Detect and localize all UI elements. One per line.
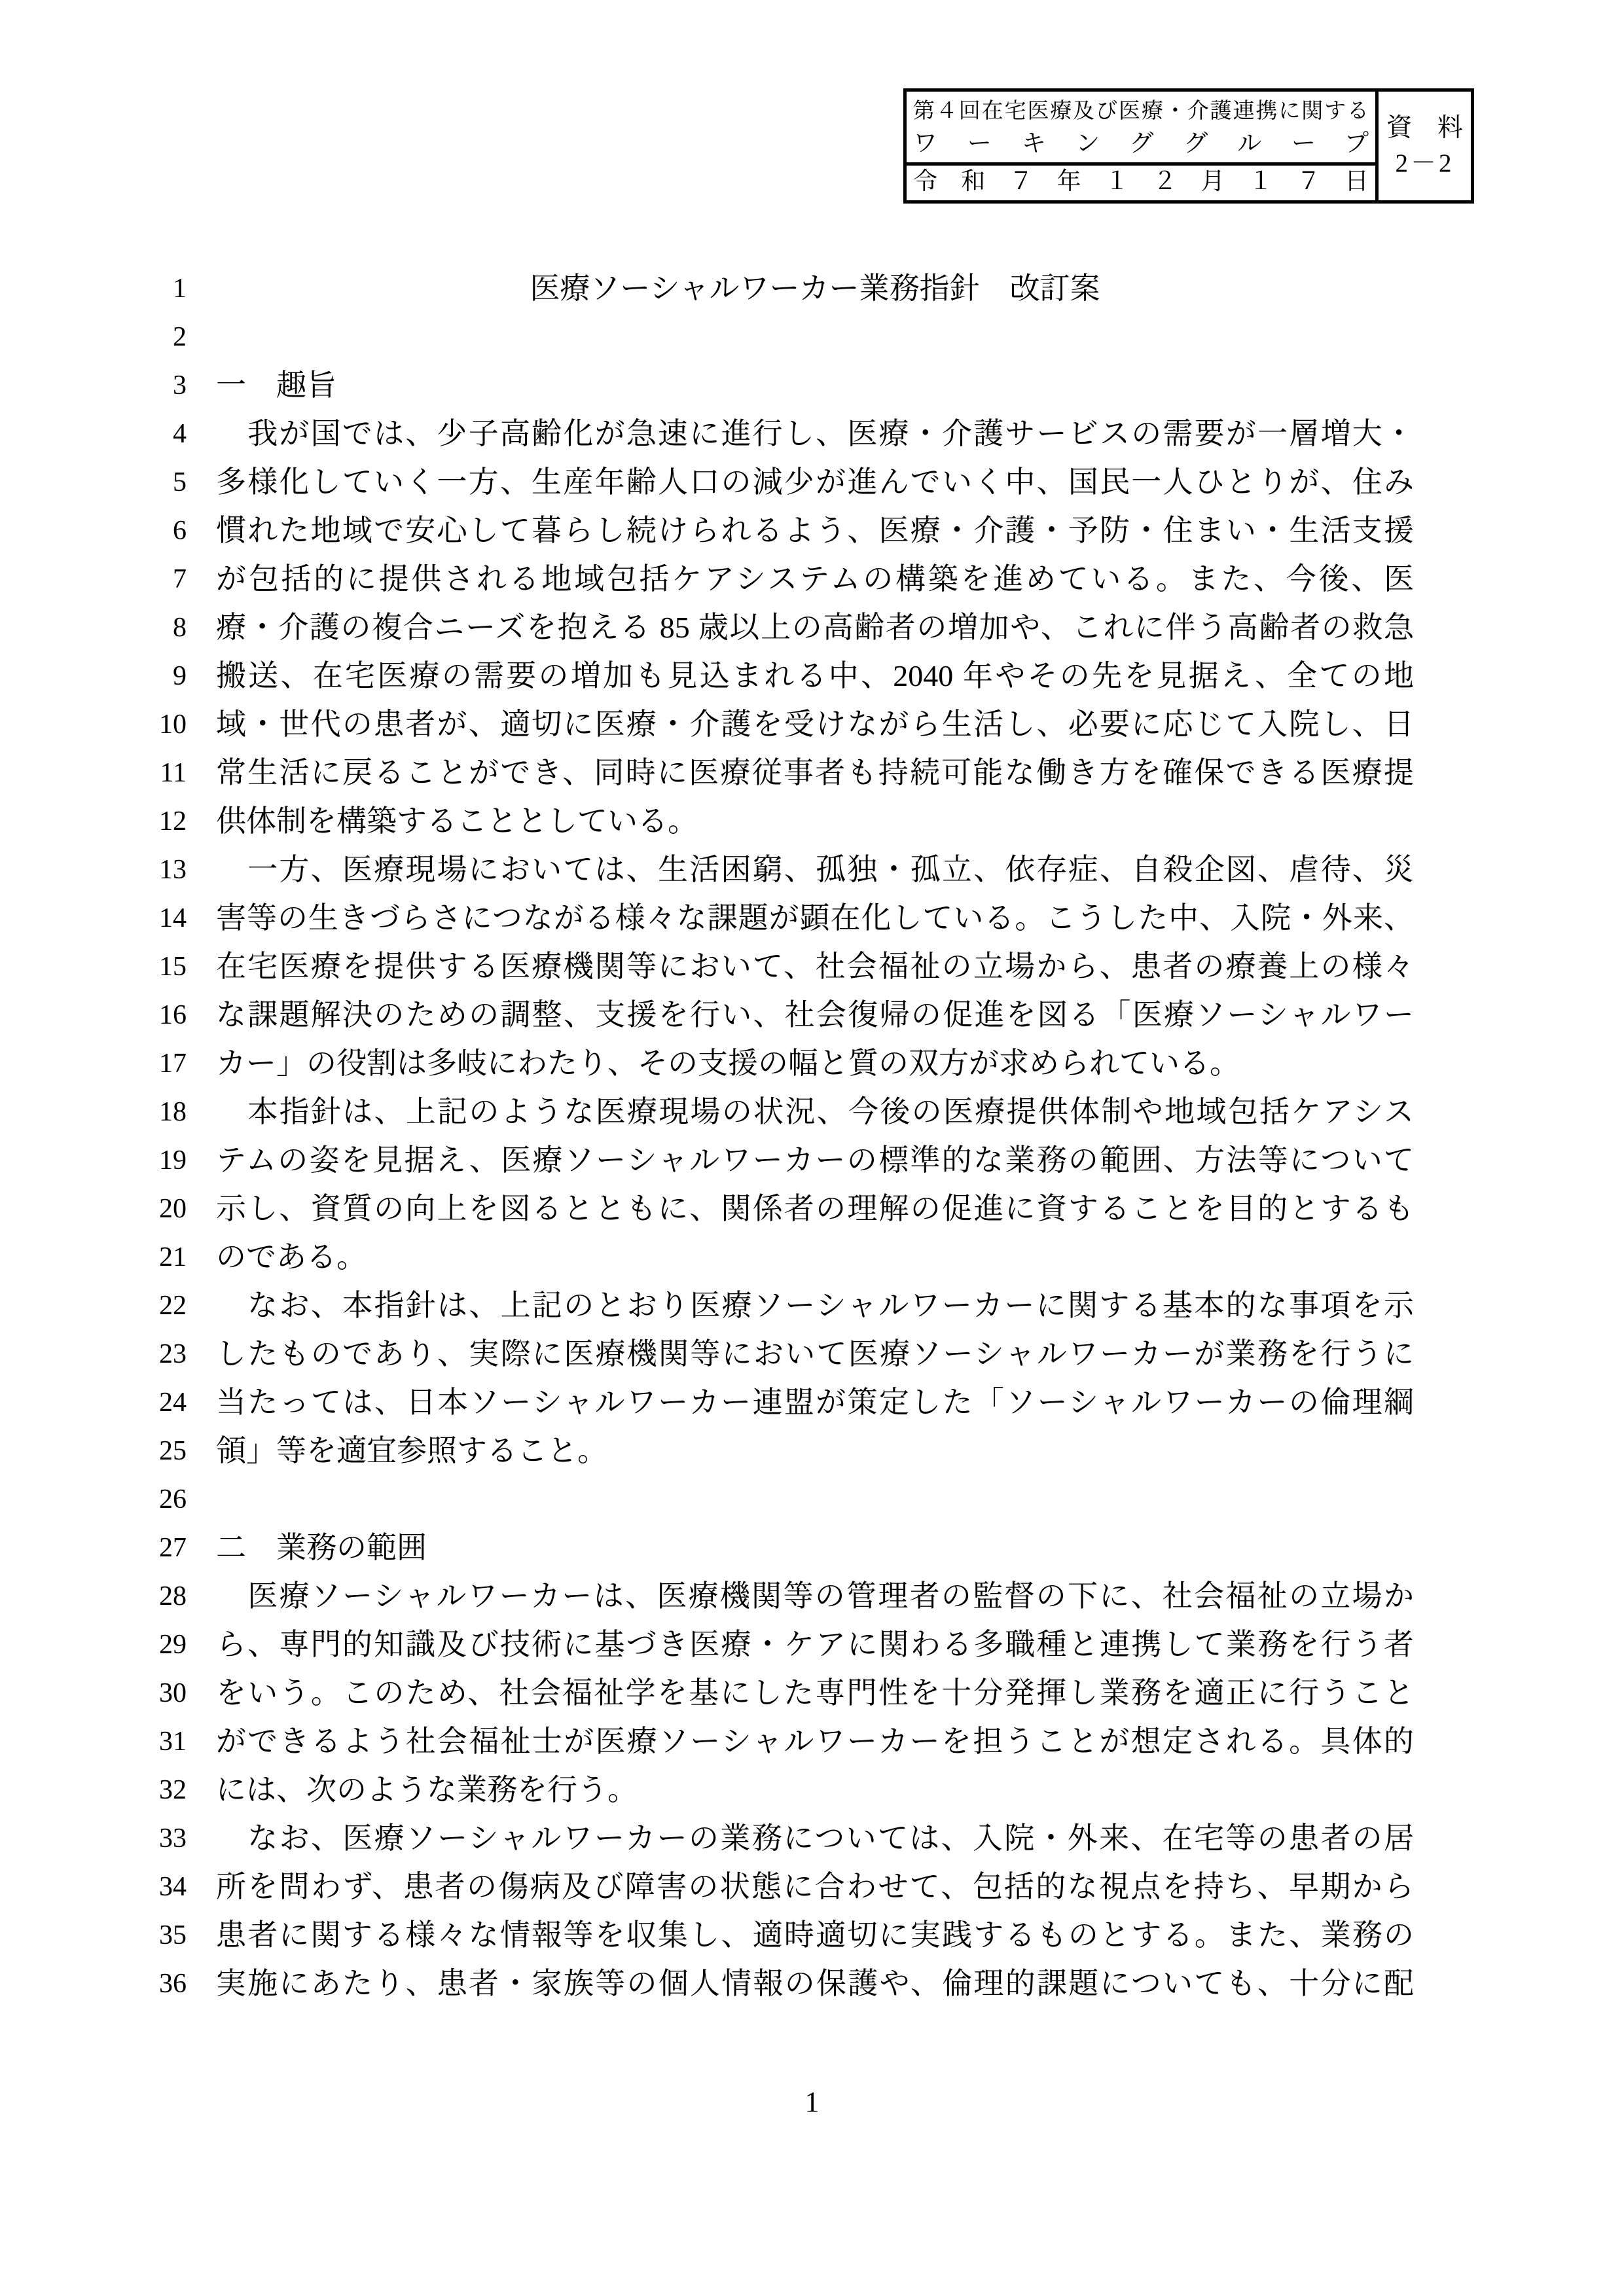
doc-line: 30をいう。このため、社会福祉学を基にした専門性を十分発揮し業務を適正に行うこと (0, 1669, 1624, 1717)
line-number: 16 (0, 991, 187, 1039)
line-text: 療・介護の複合ニーズを抱える 85 歳以上の高齢者の増加や、これに伴う高齢者の救… (216, 603, 1414, 652)
doc-line: 35患者に関する様々な情報等を収集し、適時適切に実践するものとする。また、業務の (0, 1911, 1624, 1960)
line-number: 2 (0, 313, 187, 361)
doc-line: 7が包括的に提供される地域包括ケアシステムの構築を進めている。また、今後、医 (0, 555, 1624, 603)
line-text: 在宅医療を提供する医療機関等において、社会福祉の立場から、患者の療養上の様々 (216, 942, 1414, 991)
line-number: 9 (0, 652, 187, 700)
line-text: したものであり、実際に医療機関等において医療ソーシャルワーカーが業務を行うに (216, 1330, 1414, 1378)
line-text: テムの姿を見据え、医療ソーシャルワーカーの標準的な業務の範囲、方法等について (216, 1136, 1414, 1185)
doc-line: 10域・世代の患者が、適切に医療・介護を受けながら生活し、必要に応じて入院し、日 (0, 700, 1624, 749)
line-text: 本指針は、上記のような医療現場の状況、今後の医療提供体制や地域包括ケアシス (216, 1088, 1414, 1136)
line-number: 10 (0, 700, 187, 749)
line-number: 33 (0, 1814, 187, 1863)
line-text: には、次のような業務を行う。 (216, 1766, 1414, 1814)
line-number: 4 (0, 410, 187, 458)
doc-line: 24当たっては、日本ソーシャルワーカー連盟が策定した「ソーシャルワーカーの倫理綱 (0, 1378, 1624, 1427)
document-title: 医療ソーシャルワーカー業務指針 改訂案 (216, 264, 1414, 313)
line-text: 慣れた地域で安心して暮らし続けられるよう、医療・介護・予防・住まい・生活支援 (216, 507, 1414, 555)
line-number: 29 (0, 1621, 187, 1669)
line-number: 20 (0, 1185, 187, 1233)
line-text: 当たっては、日本ソーシャルワーカー連盟が策定した「ソーシャルワーカーの倫理綱 (216, 1378, 1414, 1427)
line-number: 7 (0, 555, 187, 603)
line-number: 6 (0, 507, 187, 555)
line-text: 多様化していく一方、生産年齢人口の減少が進んでいく中、国民一人ひとりが、住み (216, 458, 1414, 507)
line-text: ら、専門的知識及び技術に基づき医療・ケアに関わる多職種と連携して業務を行う者 (216, 1621, 1414, 1669)
line-text: 示し、資質の向上を図るとともに、関係者の理解の促進に資することを目的とするも (216, 1185, 1414, 1233)
doc-line: 33 なお、医療ソーシャルワーカーの業務については、入院・外来、在宅等の患者の居 (0, 1814, 1624, 1863)
doc-line: 21のである。 (0, 1233, 1624, 1282)
line-number: 23 (0, 1330, 187, 1378)
page-number: 1 (0, 2083, 1624, 2122)
doc-line: 23したものであり、実際に医療機関等において医療ソーシャルワーカーが業務を行うに (0, 1330, 1624, 1378)
doc-line: 20示し、資質の向上を図るとともに、関係者の理解の促進に資することを目的とするも (0, 1185, 1624, 1233)
line-number: 32 (0, 1766, 187, 1814)
line-text: な課題解決のための調整、支援を行い、社会復帰の促進を図る「医療ソーシャルワー (216, 991, 1414, 1039)
doc-line: 27二 業務の範囲 (0, 1524, 1624, 1572)
line-number: 5 (0, 458, 187, 507)
line-number: 1 (0, 264, 187, 313)
meeting-title-cell: 第４回在宅医療及び医療・介護連携に関する ワーキンググループ (907, 92, 1375, 166)
doc-line: 36実施にあたり、患者・家族等の個人情報の保護や、倫理的課題についても、十分に配 (0, 1960, 1624, 2008)
doc-line: 5多様化していく一方、生産年齢人口の減少が進んでいく中、国民一人ひとりが、住み (0, 458, 1624, 507)
line-text (216, 313, 1414, 361)
shiryo-cell: 資 料 2－2 (1379, 92, 1471, 200)
doc-line: 15在宅医療を提供する医療機関等において、社会福祉の立場から、患者の療養上の様々 (0, 942, 1624, 991)
line-text: カー」の役割は多岐にわたり、その支援の幅と質の双方が求められている。 (216, 1039, 1414, 1088)
line-text (216, 1475, 1414, 1524)
meeting-title-line2: ワーキンググループ (913, 127, 1369, 161)
line-number: 27 (0, 1524, 187, 1572)
line-text: なお、医療ソーシャルワーカーの業務については、入院・外来、在宅等の患者の居 (216, 1814, 1414, 1863)
line-number: 30 (0, 1669, 187, 1717)
line-text: 患者に関する様々な情報等を収集し、適時適切に実践するものとする。また、業務の (216, 1911, 1414, 1960)
line-number: 13 (0, 846, 187, 894)
line-text: 実施にあたり、患者・家族等の個人情報の保護や、倫理的課題についても、十分に配 (216, 1960, 1414, 2008)
line-text: 一 趣旨 (216, 361, 1414, 410)
shiryo-number: 2－2 (1395, 149, 1454, 178)
line-text: をいう。このため、社会福祉学を基にした専門性を十分発揮し業務を適正に行うこと (216, 1669, 1414, 1717)
line-number: 36 (0, 1960, 187, 2008)
line-text: 我が国では、少子高齢化が急速に進行し、医療・介護サービスの需要が一層増大・ (216, 410, 1414, 458)
meeting-date: 令和７年１２月１７日 (907, 166, 1375, 200)
doc-line: 19テムの姿を見据え、医療ソーシャルワーカーの標準的な業務の範囲、方法等について (0, 1136, 1624, 1185)
document-page: 第４回在宅医療及び医療・介護連携に関する ワーキンググループ 令和７年１２月１７… (0, 0, 1624, 2296)
line-number: 28 (0, 1572, 187, 1621)
line-text: が包括的に提供される地域包括ケアシステムの構築を進めている。また、今後、医 (216, 555, 1414, 603)
line-text: なお、本指針は、上記のとおり医療ソーシャルワーカーに関する基本的な事項を示 (216, 1282, 1414, 1330)
line-number: 19 (0, 1136, 187, 1185)
doc-line: 11常生活に戻ることができ、同時に医療従事者も持続可能な働き方を確保できる医療提 (0, 749, 1624, 797)
document-lines: 1医療ソーシャルワーカー業務指針 改訂案23一 趣旨4 我が国では、少子高齢化が… (0, 264, 1624, 2008)
doc-line: 4 我が国では、少子高齢化が急速に進行し、医療・介護サービスの需要が一層増大・ (0, 410, 1624, 458)
doc-line: 28 医療ソーシャルワーカーは、医療機関等の管理者の監督の下に、社会福祉の立場か (0, 1572, 1624, 1621)
doc-line: 31ができるよう社会福祉士が医療ソーシャルワーカーを担うことが想定される。具体的 (0, 1717, 1624, 1766)
line-text: 所を問わず、患者の傷病及び障害の状態に合わせて、包括的な視点を持ち、早期から (216, 1863, 1414, 1911)
line-text: 域・世代の患者が、適切に医療・介護を受けながら生活し、必要に応じて入院し、日 (216, 700, 1414, 749)
doc-line: 13 一方、医療現場においては、生活困窮、孤独・孤立、依存症、自殺企図、虐待、災 (0, 846, 1624, 894)
line-number: 12 (0, 797, 187, 846)
line-number: 26 (0, 1475, 187, 1524)
doc-line: 17カー」の役割は多岐にわたり、その支援の幅と質の双方が求められている。 (0, 1039, 1624, 1088)
line-number: 14 (0, 894, 187, 942)
doc-line: 32には、次のような業務を行う。 (0, 1766, 1624, 1814)
line-number: 17 (0, 1039, 187, 1088)
line-number: 8 (0, 603, 187, 652)
line-number: 31 (0, 1717, 187, 1766)
meeting-title-line1: 第４回在宅医療及び医療・介護連携に関する (913, 96, 1369, 127)
line-text: 常生活に戻ることができ、同時に医療従事者も持続可能な働き方を確保できる医療提 (216, 749, 1414, 797)
line-number: 25 (0, 1427, 187, 1475)
doc-line: 9搬送、在宅医療の需要の増加も見込まれる中、2040 年やその先を見据え、全ての… (0, 652, 1624, 700)
doc-line: 29ら、専門的知識及び技術に基づき医療・ケアに関わる多職種と連携して業務を行う者 (0, 1621, 1624, 1669)
line-number: 34 (0, 1863, 187, 1911)
doc-line: 25領」等を適宜参照すること。 (0, 1427, 1624, 1475)
meeting-info-left: 第４回在宅医療及び医療・介護連携に関する ワーキンググループ 令和７年１２月１７… (907, 92, 1379, 200)
line-number: 35 (0, 1911, 187, 1960)
line-number: 11 (0, 749, 187, 797)
line-number: 22 (0, 1282, 187, 1330)
doc-line: 26 (0, 1475, 1624, 1524)
line-number: 15 (0, 942, 187, 991)
doc-line: 1医療ソーシャルワーカー業務指針 改訂案 (0, 264, 1624, 313)
doc-line: 18 本指針は、上記のような医療現場の状況、今後の医療提供体制や地域包括ケアシス (0, 1088, 1624, 1136)
doc-line: 3一 趣旨 (0, 361, 1624, 410)
line-text: のである。 (216, 1233, 1414, 1282)
doc-line: 8療・介護の複合ニーズを抱える 85 歳以上の高齢者の増加や、これに伴う高齢者の… (0, 603, 1624, 652)
doc-line: 16な課題解決のための調整、支援を行い、社会復帰の促進を図る「医療ソーシャルワー (0, 991, 1624, 1039)
line-number: 18 (0, 1088, 187, 1136)
line-text: 二 業務の範囲 (216, 1524, 1414, 1572)
line-text: 供体制を構築することとしている。 (216, 797, 1414, 846)
shiryo-label: 資 料 (1386, 114, 1463, 143)
doc-line: 6慣れた地域で安心して暮らし続けられるよう、医療・介護・予防・住まい・生活支援 (0, 507, 1624, 555)
line-text: 一方、医療現場においては、生活困窮、孤独・孤立、依存症、自殺企図、虐待、災 (216, 846, 1414, 894)
doc-line: 34所を問わず、患者の傷病及び障害の状態に合わせて、包括的な視点を持ち、早期から (0, 1863, 1624, 1911)
doc-line: 14害等の生きづらさにつながる様々な課題が顕在化している。こうした中、入院・外来… (0, 894, 1624, 942)
line-text: 領」等を適宜参照すること。 (216, 1427, 1414, 1475)
line-number: 21 (0, 1233, 187, 1282)
doc-line: 12供体制を構築することとしている。 (0, 797, 1624, 846)
line-text: 搬送、在宅医療の需要の増加も見込まれる中、2040 年やその先を見据え、全ての地 (216, 652, 1414, 700)
line-text: ができるよう社会福祉士が医療ソーシャルワーカーを担うことが想定される。具体的 (216, 1717, 1414, 1766)
meeting-info-box: 第４回在宅医療及び医療・介護連携に関する ワーキンググループ 令和７年１２月１７… (903, 88, 1474, 204)
line-number: 24 (0, 1378, 187, 1427)
doc-line: 2 (0, 313, 1624, 361)
line-text: 医療ソーシャルワーカーは、医療機関等の管理者の監督の下に、社会福祉の立場か (216, 1572, 1414, 1621)
line-number: 3 (0, 361, 187, 410)
doc-line: 22 なお、本指針は、上記のとおり医療ソーシャルワーカーに関する基本的な事項を示 (0, 1282, 1624, 1330)
line-text: 害等の生きづらさにつながる様々な課題が顕在化している。こうした中、入院・外来、 (216, 894, 1414, 942)
